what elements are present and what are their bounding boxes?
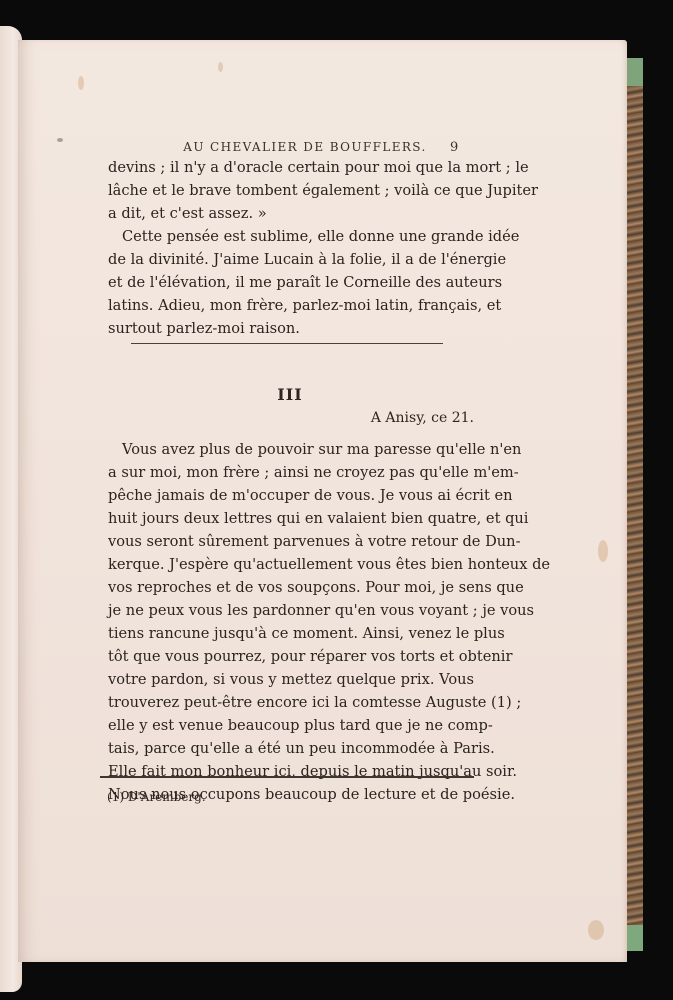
text-line: pêche jamais de m'occuper de vous. Je vo… — [108, 484, 474, 507]
running-head: AU CHEVALIER DE BOUFFLERS. — [145, 140, 465, 154]
text-line: vos reproches et de vos soupçons. Pour m… — [108, 576, 474, 599]
text-line: et de l'élévation, il me paraît le Corne… — [108, 271, 474, 294]
text-line: vous seront sûrement parvenues à votre r… — [108, 530, 474, 553]
green-endpaper-bottom — [626, 925, 643, 951]
text-line: Cette pensée est sublime, elle donne une… — [108, 225, 474, 248]
footnote-separator-rule — [100, 776, 474, 778]
text-line: tôt que vous pourrez, pour réparer vos t… — [108, 645, 474, 668]
letter-dateline: A Anisy, ce 21. — [320, 410, 474, 426]
letter-number: III — [260, 385, 320, 404]
text-line: Elle fait mon bonheur ici, depuis le mat… — [108, 760, 474, 783]
foxing-spot — [588, 920, 604, 940]
text-line: trouverez peut-être encore ici la comtes… — [108, 691, 474, 714]
footnote: (1) D'Aremberg. — [107, 790, 206, 804]
text-line: kerque. J'espère qu'actuellement vous êt… — [108, 553, 474, 576]
foxing-spot — [218, 62, 223, 72]
page-number: 9 — [450, 140, 458, 155]
marbled-book-edge — [626, 58, 643, 951]
text-line: tiens rancune jusqu'à ce moment. Ainsi, … — [108, 622, 474, 645]
text-line: latins. Adieu, mon frère, parlez-moi lat… — [108, 294, 474, 317]
text-line: Vous avez plus de pouvoir sur ma paresse… — [108, 438, 474, 461]
text-line: surtout parlez-moi raison. — [108, 317, 474, 340]
text-line: tais, parce qu'elle a été un peu incommo… — [108, 737, 474, 760]
text-section-continuation: devins ; il n'y a d'oracle certain pour … — [108, 156, 474, 340]
letter-body: Vous avez plus de pouvoir sur ma paresse… — [108, 438, 474, 806]
text-line: huit jours deux lettres qui en valaient … — [108, 507, 474, 530]
text-line: je ne peux vous les pardonner qu'en vous… — [108, 599, 474, 622]
text-line: de la divinité. J'aime Lucain à la folie… — [108, 248, 474, 271]
foxing-spot — [78, 76, 84, 90]
text-line: a sur moi, mon frère ; ainsi ne croyez p… — [108, 461, 474, 484]
text-line: elle y est venue beaucoup plus tard que … — [108, 714, 474, 737]
text-line: lâche et le brave tombent également ; vo… — [108, 179, 474, 202]
ink-smudge — [57, 138, 63, 142]
section-divider-rule — [131, 343, 443, 344]
green-endpaper-top — [626, 58, 643, 86]
foxing-spot — [598, 540, 608, 562]
text-line: devins ; il n'y a d'oracle certain pour … — [108, 156, 474, 179]
text-line: votre pardon, si vous y mettez quelque p… — [108, 668, 474, 691]
text-line: a dit, et c'est assez. » — [108, 202, 474, 225]
